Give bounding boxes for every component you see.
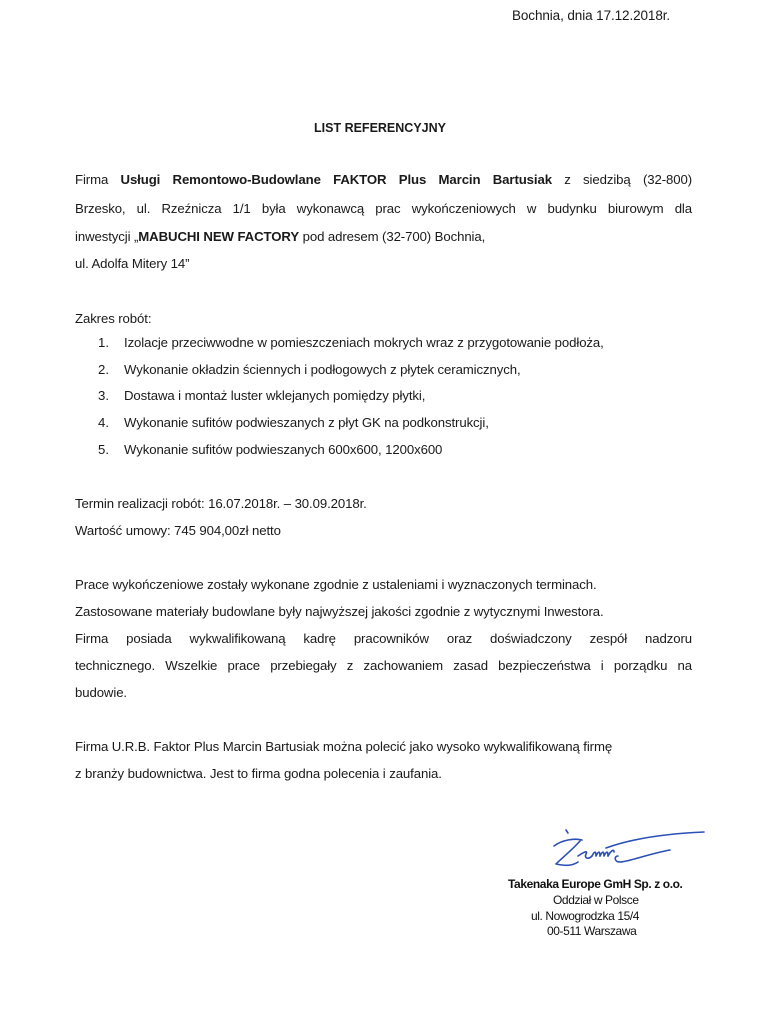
contractor-name: Usługi Remontowo-Budowlane FAKTOR Plus M… [121,172,552,187]
body-line-1: Prace wykończeniowe zostały wykonane zgo… [75,577,597,593]
intro-line-4: ul. Adolfa Mitery 14” [75,256,189,272]
body-line-3: Firma posiada wykwalifikowaną kadrę prac… [75,631,692,647]
body-line-4: technicznego. Wszelkie prace przebiegały… [75,658,692,674]
scope-heading: Zakres robót: [75,311,151,327]
document-title: LIST REFERENCYJNY [0,120,760,136]
body-line-2: Zastosowane materiały budowlane były naj… [75,604,604,620]
contract-value: Wartość umowy: 745 904,00zł netto [75,523,281,539]
intro-line-3: inwestycji „MABUCHI NEW FACTORY pod adre… [75,229,485,245]
reference-letter: Bochnia, dnia 17.12.2018r. LIST REFERENC… [0,0,760,1014]
recommendation-line-2: z branży budownictwa. Jest to firma godn… [75,766,442,782]
completion-period: Termin realizacji robót: 16.07.2018r. – … [75,496,367,512]
recommendation-line-1: Firma U.R.B. Faktor Plus Marcin Bartusia… [75,739,612,755]
investment-name: MABUCHI NEW FACTORY [138,229,299,244]
handwritten-signature-icon [548,826,708,872]
stamp-company-name: Takenaka Europe GmH Sp. z o.o. [508,877,683,891]
stamp-street: ul. Nowogrodzka 15/4 [531,909,639,923]
place-and-date: Bochnia, dnia 17.12.2018r. [512,8,670,24]
stamp-branch: Oddział w Polsce [553,893,639,907]
intro-line-1: Firma Usługi Remontowo-Budowlane FAKTOR … [75,172,692,188]
stamp-city: 00-511 Warszawa [547,924,636,938]
intro-line-2: Brzesko, ul. Rzeźnicza 1/1 była wykonawc… [75,201,692,217]
body-line-5: budowie. [75,685,127,701]
